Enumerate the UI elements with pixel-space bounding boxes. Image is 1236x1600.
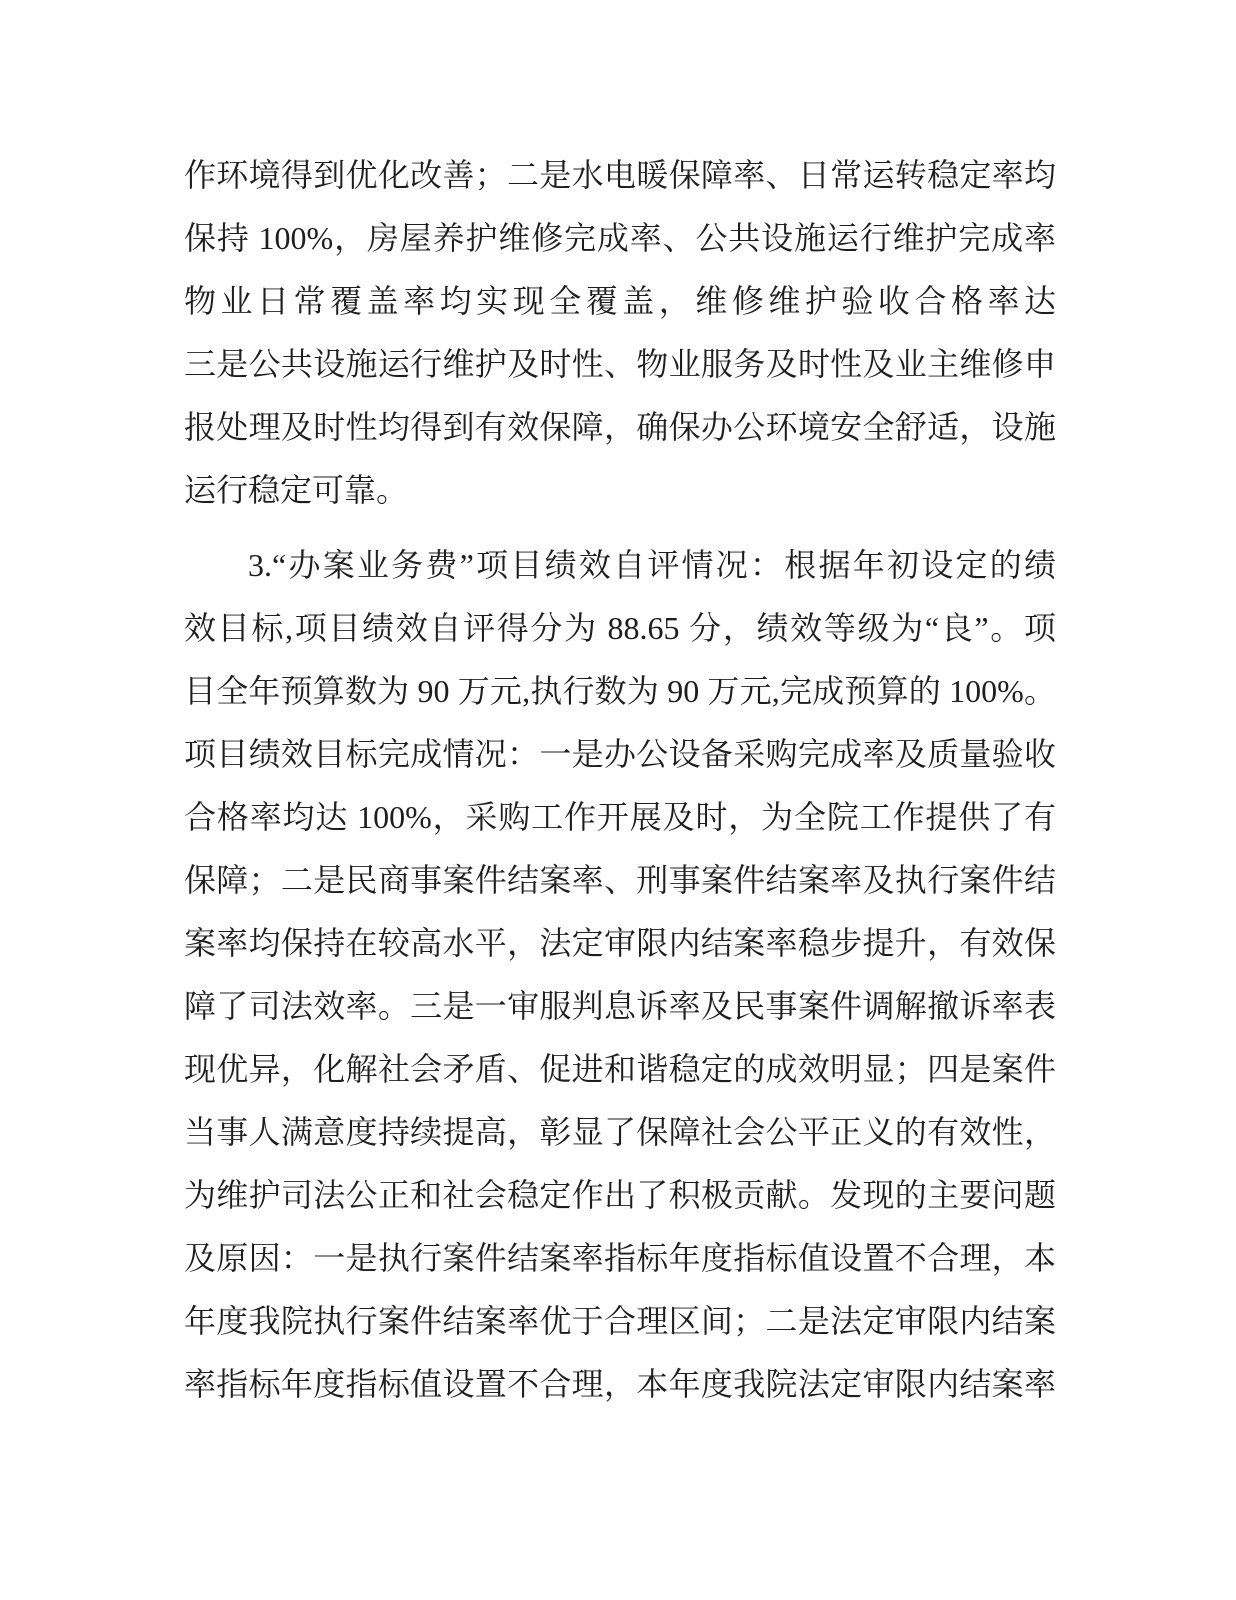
text-line: 报处理及时性均得到有效保障，确保办公环境安全舒适，设施 — [184, 396, 1056, 459]
paragraph-facility-maintenance: 作环境得到优化改善；二是水电暖保障率、日常运转稳定率均 保持 100%，房屋养护… — [184, 144, 1056, 522]
text-line: 运行稳定可靠。 — [184, 459, 1056, 522]
text-line: 障了司法效率。三是一审服判息诉率及民事案件调解撤诉率表 — [184, 975, 1056, 1038]
text-line: 物业日常覆盖率均实现全覆盖，维修维护验收合格率达 100%； — [184, 270, 1056, 333]
text-column: 作环境得到优化改善；二是水电暖保障率、日常运转稳定率均 保持 100%，房屋养护… — [184, 144, 1056, 1416]
text-line: 目全年预算数为 90 万元,执行数为 90 万元,完成预算的 100%。 — [184, 660, 1056, 723]
text-line: 当事人满意度持续提高，彰显了保障社会公平正义的有效性， — [184, 1101, 1056, 1164]
text-line: 3.“办案业务费”项目绩效自评情况：根据年初设定的绩 — [184, 534, 1056, 597]
text-line: 现优异，化解社会矛盾、促进和谐稳定的成效明显；四是案件 — [184, 1038, 1056, 1101]
text-line: 三是公共设施运行维护及时性、物业服务及时性及业主维修申 — [184, 333, 1056, 396]
text-line: 及原因：一是执行案件结案率指标年度指标值设置不合理，本 — [184, 1227, 1056, 1290]
text-line: 合格率均达 100%，采购工作开展及时，为全院工作提供了有力 — [184, 786, 1056, 849]
page: 作环境得到优化改善；二是水电暖保障率、日常运转稳定率均 保持 100%，房屋养护… — [0, 0, 1236, 1600]
text-line: 作环境得到优化改善；二是水电暖保障率、日常运转稳定率均 — [184, 144, 1056, 207]
paragraph-case-handling-fee-self-evaluation: 3.“办案业务费”项目绩效自评情况：根据年初设定的绩 效目标,项目绩效自评得分为… — [184, 534, 1056, 1416]
text-line: 效目标,项目绩效自评得分为 88.65 分，绩效等级为“良”。项 — [184, 597, 1056, 660]
text-line: 率指标年度指标值设置不合理，本年度我院法定审限内结案率 — [184, 1353, 1056, 1416]
text-line: 为维护司法公正和社会稳定作出了积极贡献。发现的主要问题 — [184, 1164, 1056, 1227]
text-line: 案率均保持在较高水平，法定审限内结案率稳步提升，有效保 — [184, 912, 1056, 975]
text-line: 保持 100%，房屋养护维修完成率、公共设施运行维护完成率及 — [184, 207, 1056, 270]
text-line: 年度我院执行案件结案率优于合理区间；二是法定审限内结案 — [184, 1290, 1056, 1353]
document-page: { "page": { "background_color": "#ffffff… — [0, 0, 1236, 1600]
text-line: 保障；二是民商事案件结案率、刑事案件结案率及执行案件结 — [184, 849, 1056, 912]
text-line: 项目绩效目标完成情况：一是办公设备采购完成率及质量验收 — [184, 723, 1056, 786]
